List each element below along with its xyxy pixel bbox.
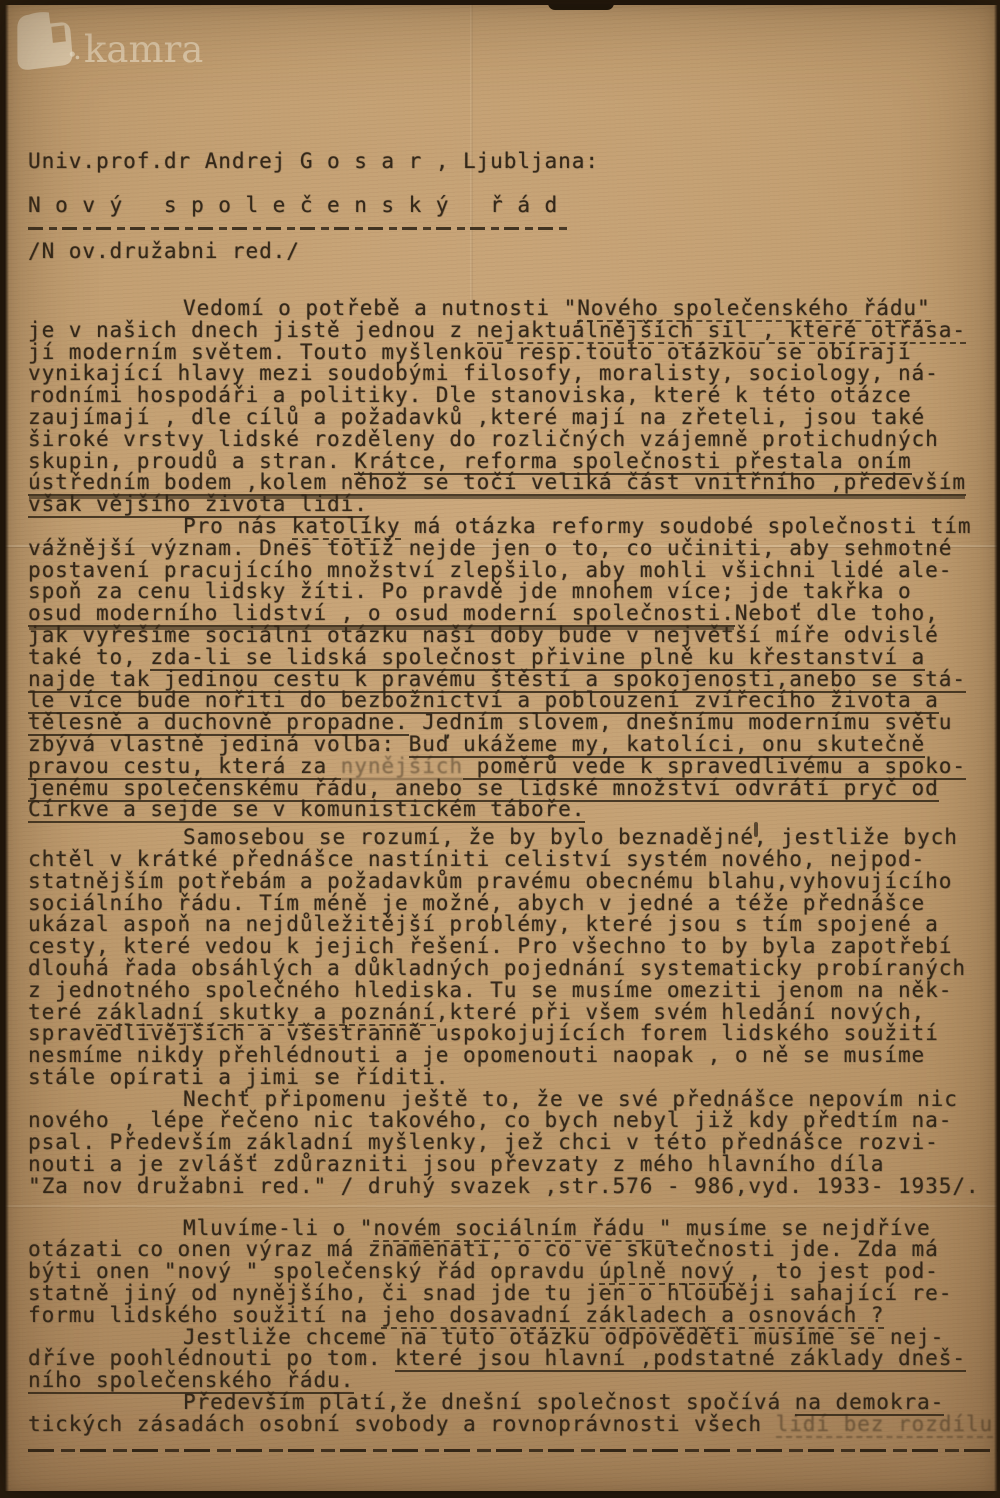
- text-segment: zaujímají , dle cílů a požadavků ,které …: [28, 405, 925, 429]
- scan-edge-right: [994, 0, 1000, 1498]
- text-segment: skupin, proudů a stran.: [28, 449, 354, 473]
- text-line: jak vyřešíme sociální otázku naší doby b…: [28, 625, 1000, 647]
- text-segment: vážnější význam. Dnes totiž nejde jen o …: [28, 536, 952, 560]
- text-line: psal. Především základní myšlenky, jež c…: [28, 1132, 1000, 1154]
- text-line: však vějšího života lidí.: [28, 494, 1000, 516]
- text-segment: je v našich dnech jistě jednou z: [28, 318, 477, 342]
- text-line: také to, zda-li se lidská společnost při…: [28, 647, 1000, 669]
- text-segment: lidí bez rozdílu: [776, 1412, 994, 1438]
- text-segment: nouti a je zvlášť zdůrazniti jsou převza…: [28, 1152, 884, 1176]
- text-line: cesty, které vedou k jejich řešení. Pro …: [28, 936, 1000, 958]
- text-segment: nynějších: [341, 754, 463, 780]
- paragraph: Nechť připomenu ještě to, že ve své před…: [28, 1089, 1000, 1198]
- text-segment: široké vrstvy lidské rozděleny do rozlič…: [28, 427, 939, 451]
- text-segment: jí moderním světem. Touto myšlenkou resp…: [28, 340, 912, 364]
- document-subtitle: /N ov.družabni red./: [28, 240, 1000, 262]
- text-line: spravedlivějších a všestranně uspokojují…: [28, 1023, 1000, 1045]
- text-line: formu lidského soužití na jeho dosavadní…: [28, 1305, 1000, 1327]
- text-segment: Neboť dle toho,: [735, 601, 939, 625]
- text-line: osud moderního lidství , o osud moderní …: [28, 603, 1000, 625]
- document-title: N o v ý s p o l e č e n s k ý ř á d: [28, 194, 1000, 216]
- text-segment: dlouhá řada obsáhlých a důkladných pojed…: [28, 956, 966, 980]
- text-segment: Především platí,že dnešní společnost spo…: [183, 1390, 795, 1414]
- text-line: najde tak jedinou cestu k pravému štěstí…: [28, 669, 1000, 691]
- text-segment: spravedlivějších a všestranně uspokojují…: [28, 1021, 939, 1045]
- text-line: z jednotného společného hlediska. Tu se …: [28, 980, 1000, 1002]
- text-segment: stále opírati a jimi se říditi.: [28, 1065, 449, 1089]
- text-line: zaujímají , dle cílů a požadavků ,které …: [28, 407, 1000, 429]
- text-segment: formu lidského soužití na: [28, 1303, 381, 1327]
- text-segment: jak vyřešíme sociální otázku naší doby b…: [28, 623, 939, 647]
- text-segment: z jednotného společného hlediska. Tu se …: [28, 978, 952, 1002]
- text-segment: postavení pracujícího množství zlepšilo,…: [28, 558, 952, 582]
- text-line: tických zásadách osobní svobody a rovnop…: [28, 1414, 1000, 1436]
- text-segment: cesty, které vedou k jejich řešení. Pro …: [28, 934, 952, 958]
- text-line: otázati co onen výraz má znamenati, o co…: [28, 1239, 1000, 1261]
- text-segment: dříve poohlédnouti po tom.: [28, 1346, 395, 1370]
- text-line: nového , lépe řečeno nic takového, co by…: [28, 1110, 1000, 1132]
- text-segment: také to,: [28, 645, 150, 669]
- text-segment: rodními hospodáři a politiky. Dle stanov…: [28, 383, 912, 407]
- typewritten-content: Univ.prof.dr Andrej G o s a r , Ljubljan…: [28, 150, 1000, 1452]
- text-segment: má otázka reformy soudobé společnosti tí…: [401, 514, 972, 538]
- text-line: chtěl v krátké přednášce nastíniti celis…: [28, 849, 1000, 871]
- text-line: Církve a sejde se v komunistickém táboře…: [28, 799, 1000, 821]
- document-body: Vedomí o potřebě a nutnosti "Nového spol…: [28, 298, 1000, 1436]
- text-line: dlouhá řada obsáhlých a důkladných pojed…: [28, 958, 1000, 980]
- text-line: ukázal aspoň na nejdůležitější problémy,…: [28, 914, 1000, 936]
- text-line: ního společenského řádu.: [28, 1370, 1000, 1392]
- text-line: spoň za cenu lidsky žíti. Po pravdě jde …: [28, 581, 1000, 603]
- kamra-logo-icon: kamra: [8, 6, 238, 88]
- text-segment: , to jest pod-: [735, 1259, 939, 1283]
- text-line: Pro nás katolíky má otázka reformy soudo…: [28, 516, 1000, 538]
- text-segment: Jedním slovem, dnešnímu modernímu světu: [409, 710, 953, 734]
- scan-edge-bottom: [0, 1491, 1000, 1498]
- text-segment: teré: [28, 1000, 96, 1024]
- paragraph: Především platí,že dnešní společnost spo…: [28, 1392, 1000, 1436]
- text-segment: které jsou hlavní ,podstatné základy dne…: [395, 1346, 966, 1372]
- text-line: zbývá vlastně jediná volba: Buď ukážeme …: [28, 734, 1000, 756]
- text-segment: psal. Především základní myšlenky, jež c…: [28, 1130, 939, 1154]
- text-segment: býti onen "nový " společenský řád opravd…: [28, 1259, 599, 1283]
- text-line: je v našich dnech jistě jednou z nejaktu…: [28, 320, 1000, 342]
- text-line: býti onen "nový " společenský řád opravd…: [28, 1261, 1000, 1283]
- author-line: Univ.prof.dr Andrej G o s a r , Ljubljan…: [28, 150, 1000, 172]
- text-line: stále opírati a jimi se říditi.: [28, 1067, 1000, 1089]
- paragraph: Pro nás katolíky má otázka reformy soudo…: [28, 516, 1000, 821]
- text-line: Především platí,že dnešní společnost spo…: [28, 1392, 1000, 1414]
- text-segment: "Za nov družabni red." / druhý svazek ,s…: [28, 1174, 980, 1198]
- text-segment: Samosebou se rozumí, že by bylo beznaděj…: [183, 825, 958, 849]
- text-line: široké vrstvy lidské rozděleny do rozlič…: [28, 429, 1000, 451]
- text-line: nesmíme nikdy přehlédnouti a je opomenou…: [28, 1045, 1000, 1067]
- paragraph: Samosebou se rozumí, že by bylo beznaděj…: [28, 827, 1000, 1089]
- text-segment: tických zásadách osobní svobody a rovnop…: [28, 1412, 776, 1436]
- text-line: ústředním bodem ,kolem něhož se točí vel…: [28, 472, 1000, 494]
- text-segment: spoň za cenu lidsky žíti. Po pravdě jde …: [28, 579, 912, 603]
- text-line: rodními hospodáři a politiky. Dle stanov…: [28, 385, 1000, 407]
- text-line: le více bude nořiti do bezbožnictví a po…: [28, 690, 1000, 712]
- text-line: tělesně a duchovně propadne. Jedním slov…: [28, 712, 1000, 734]
- text-segment: statně jiný od nynějšího, či snad jde tu…: [28, 1281, 952, 1305]
- text-segment: nového , lépe řečeno nic takového, co by…: [28, 1108, 952, 1132]
- text-line: vážnější význam. Dnes totiž nejde jen o …: [28, 538, 1000, 560]
- text-segment: Vedomí o potřebě a nutnosti ": [183, 296, 577, 320]
- paragraph: Mluvíme-li o "novém sociálním řádu " mus…: [28, 1218, 1000, 1327]
- paragraph: Vedomí o potřebě a nutnosti "Nového spol…: [28, 298, 1000, 516]
- text-segment: ,které při všem svém hledání nových,: [436, 1000, 925, 1024]
- scanned-document-page: kamra Univ.prof.dr Andrej G o s a r , Lj…: [0, 0, 1000, 1498]
- text-line: nouti a je zvlášť zdůrazniti jsou převza…: [28, 1154, 1000, 1176]
- text-segment: statnějším potřebám a požadavkům pravému…: [28, 869, 952, 893]
- text-line: Samosebou se rozumí, že by bylo beznaděj…: [28, 827, 1000, 849]
- text-segment: sociálního řádu. Tím méně je možné, abyc…: [28, 891, 925, 915]
- text-line: statnějším potřebám a požadavkům pravému…: [28, 871, 1000, 893]
- kamra-watermark: kamra: [8, 6, 238, 92]
- text-segment: Pro nás: [183, 514, 292, 538]
- text-segment: chtěl v krátké přednášce nastíniti celis…: [28, 847, 925, 871]
- text-line: dříve poohlédnouti po tom. které jsou hl…: [28, 1348, 1000, 1370]
- text-line: statně jiný od nynějšího, či snad jde tu…: [28, 1283, 1000, 1305]
- scan-edge-notch: [548, 0, 614, 10]
- text-line: pravou cestu, která za nynějších poměrů …: [28, 756, 1000, 778]
- text-line: "Za nov družabni red." / druhý svazek ,s…: [28, 1176, 1000, 1198]
- text-segment: zbývá vlastně jediná volba:: [28, 732, 409, 756]
- text-segment: nesmíme nikdy přehlédnouti a je opomenou…: [28, 1043, 925, 1067]
- text-segment: ukázal aspoň na nejdůležitější problémy,…: [28, 912, 939, 936]
- text-segment: vynikající hlavy mezi soudobými filosofy…: [28, 361, 939, 385]
- text-line: vynikající hlavy mezi soudobými filosofy…: [28, 363, 1000, 385]
- title-underline-rule: [28, 227, 568, 230]
- text-segment: Církve a sejde se v komunistickém táboře…: [28, 797, 585, 823]
- paragraph: Jestliže chceme na tuto otázku odpovědět…: [28, 1327, 1000, 1392]
- text-line: Vedomí o potřebě a nutnosti "Nového spol…: [28, 298, 1000, 320]
- scan-edge-top: [0, 0, 1000, 5]
- kamra-logo-text: kamra: [84, 28, 203, 71]
- scan-edge-left: [0, 0, 9, 1498]
- text-segment: otázati co onen výraz má znamenati, o co…: [28, 1237, 939, 1261]
- footer-dashed-rule: [28, 1449, 1000, 1452]
